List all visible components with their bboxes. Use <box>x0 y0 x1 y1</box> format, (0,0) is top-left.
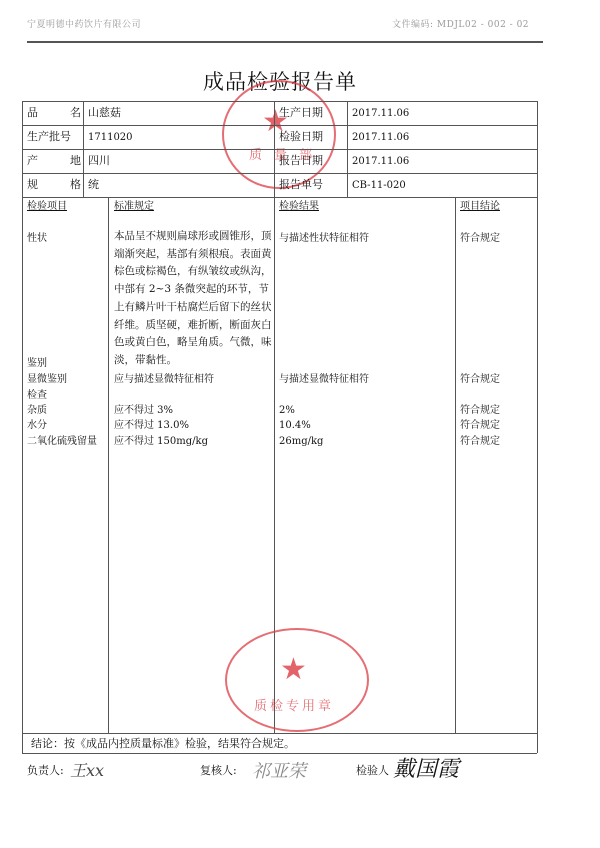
label-char: 产 <box>27 154 38 168</box>
row-result: 10.4% <box>279 419 311 433</box>
origin: 四川 <box>88 154 110 168</box>
character-result: 与描述性状特征相符 <box>279 232 369 246</box>
row-result: 26mg/kg <box>279 435 323 449</box>
report-no-label: 报告单号 <box>279 178 323 192</box>
row-conclusion: 符合规定 <box>460 435 500 449</box>
label-char: 品 <box>27 106 38 120</box>
col-header-conclusion: 项目结论 <box>460 200 500 214</box>
col-header-standard: 标准规定 <box>114 200 154 214</box>
product-name-label: 品名 <box>27 106 81 120</box>
batch-number: 1711020 <box>88 131 133 145</box>
label-char: 地 <box>70 154 81 168</box>
row-standard: 应不得过 150mg/kg <box>114 435 208 449</box>
microscopic-item: 显微鉴别 <box>27 373 67 387</box>
prod-date-label: 生产日期 <box>279 106 323 120</box>
quality-inspection-stamp: ★ 质检专用章 <box>225 628 369 732</box>
microscopic-conclusion: 符合规定 <box>460 373 500 387</box>
company-header: 宁夏明德中药饮片有限公司 <box>27 17 141 30</box>
spec-label: 规格 <box>27 178 81 192</box>
row-item: 水分 <box>27 419 47 433</box>
identification-label: 鉴别 <box>27 357 47 371</box>
character-item: 性状 <box>27 232 47 246</box>
character-standard: 本品呈不规则扁球形或圆锥形，顶端渐突起，基部有须根痕。表面黄棕色或棕褐色，有纵皱… <box>114 228 274 370</box>
origin-label: 产地 <box>27 154 81 168</box>
report-number: CB-11-020 <box>352 179 406 193</box>
label-char: 格 <box>70 178 81 192</box>
row-standard: 应不得过 3% <box>114 404 173 418</box>
row-result: 2% <box>279 404 295 418</box>
label-char: 名 <box>70 106 81 120</box>
inspector-label: 检验人 <box>356 764 389 778</box>
row-standard: 应不得过 13.0% <box>114 419 189 433</box>
character-conclusion: 符合规定 <box>460 232 500 246</box>
header-rule <box>27 41 543 43</box>
inspect-date-label: 检验日期 <box>279 130 323 144</box>
inspect-date: 2017.11.06 <box>352 131 409 145</box>
col-header-item: 检验项目 <box>27 200 67 214</box>
row-conclusion: 符合规定 <box>460 404 500 418</box>
stamp-center-text: 质检专用章 <box>254 695 334 714</box>
label-char: 规 <box>27 178 38 192</box>
report-date: 2017.11.06 <box>352 155 409 169</box>
responsible-label: 负责人: <box>27 764 64 778</box>
product-name: 山慈菇 <box>88 106 121 120</box>
microscopic-result: 与描述显微特征相符 <box>279 373 369 387</box>
responsible-signature: 王xx <box>70 758 104 781</box>
batch-label: 生产批号 <box>27 130 71 144</box>
microscopic-standard: 应与描述显微特征相符 <box>114 373 214 387</box>
doc-code: 文件编码: MDJL02 - 002 - 02 <box>392 17 529 30</box>
conclusion-text: 结论：按《成品内控质量标准》检验，结果符合规定。 <box>31 737 295 751</box>
inspector-signature: 戴国霞 <box>393 752 459 783</box>
row-conclusion: 符合规定 <box>460 419 500 433</box>
row-item: 二氧化硫残留量 <box>27 435 97 449</box>
row-item: 杂质 <box>27 404 47 418</box>
col-header-result: 检验结果 <box>279 200 319 214</box>
reviewer-signature: 祁亚荣 <box>252 757 306 783</box>
star-icon: ★ <box>280 652 307 687</box>
check-label: 检查 <box>27 389 47 403</box>
report-date-label: 报告日期 <box>279 154 323 168</box>
prod-date: 2017.11.06 <box>352 107 409 121</box>
reviewer-label: 复核人: <box>200 764 237 778</box>
spec: 统 <box>88 178 99 192</box>
